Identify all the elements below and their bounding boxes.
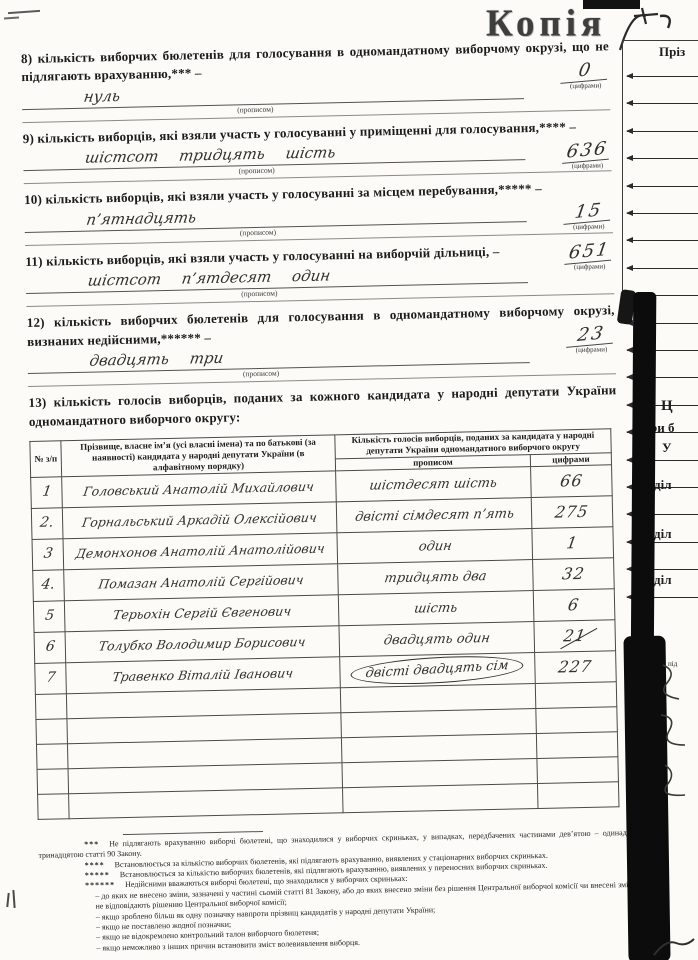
- circled-value-annotation: двісті двадцять сім: [350, 652, 524, 688]
- votes-words: шістдесят шість: [369, 476, 499, 494]
- margin-row-line: [627, 103, 698, 104]
- row-number: 2.: [39, 515, 55, 531]
- margin-fragment: Ц: [661, 398, 673, 415]
- candidate-name: Головський Анатолій Михайлович: [83, 480, 315, 498]
- item-11-digits-box: 651 (цифрами): [552, 240, 627, 272]
- item-10-words: п’ятнадцять: [85, 208, 197, 228]
- candidate-name: Толубко Володимир Борисович: [98, 635, 307, 653]
- ink-marks: [655, 655, 697, 805]
- item-12-words: двадцять три: [88, 349, 224, 370]
- candidate-name: Терьохін Сергій Євгенович: [112, 604, 292, 621]
- item-11-words: шістсот п’ятдесят один: [86, 267, 331, 290]
- margin-row-line: [627, 131, 698, 132]
- item-12-digits-box: 23 (цифрами): [554, 323, 629, 355]
- margin-fragment: Пріз: [659, 44, 685, 60]
- votes-digits: 32: [561, 564, 586, 584]
- form-item-8: 8) кількість виборчих бюлетенів для голо…: [21, 37, 610, 123]
- row-number: 7: [45, 670, 56, 686]
- margin-row-line: [627, 240, 698, 241]
- margin-fragment: діл: [654, 572, 671, 588]
- votes-digits: 1: [566, 533, 580, 552]
- form-item-12: 12) кількість виборчих бюлетенів для гол…: [27, 301, 616, 387]
- row-number: 5: [44, 608, 55, 624]
- candidates-votes-table: № з/п Прізвище, власне ім’я (усі власні …: [29, 428, 619, 819]
- votes-words: один: [417, 539, 452, 555]
- row-number: 4.: [41, 577, 57, 593]
- item-9-digits-box: 636 (цифрами): [550, 139, 625, 171]
- votes-digits: 66: [559, 471, 584, 491]
- item-10-digits-box: 15 (цифрами): [551, 200, 626, 232]
- item-8-digits: 0: [560, 58, 610, 84]
- votes-words: двісті сімдесят п’ять: [354, 506, 515, 525]
- margin-fragment: діл: [654, 526, 671, 542]
- votes-digits: 21: [562, 626, 587, 646]
- votes-digits: 275: [554, 502, 590, 522]
- candidate-name: Демонхонов Анатолій Анатолійович: [75, 541, 326, 560]
- item-8-digits-box: 0 (цифрами): [548, 59, 623, 91]
- footnote-separator: [123, 831, 263, 835]
- item-10-digits: 15: [563, 199, 613, 225]
- form-sheet: 8) кількість виборчих бюлетенів для голо…: [0, 0, 690, 956]
- item-9-words: шістсот тридцять шість: [84, 144, 337, 168]
- margin-fragment: У: [662, 440, 672, 456]
- item-9-digits: 636: [562, 138, 612, 164]
- item-8-words: нуль: [82, 87, 121, 106]
- candidate-name: Помазан Анатолій Сергійович: [97, 573, 304, 591]
- margin-row-line: [627, 158, 698, 159]
- candidate-name: Горнальський Аркадій Олексійович: [81, 510, 318, 528]
- margin-row-line: [627, 76, 698, 77]
- item-12-digits: 23: [566, 322, 616, 348]
- col-header-candidate: Прізвище, власне ім’я (усі власні імена)…: [61, 435, 336, 477]
- votes-words: двадцять один: [383, 631, 491, 648]
- form-item-11: 11) кількість виборців, які взяли участь…: [25, 240, 614, 307]
- item-11-digits: 651: [564, 238, 614, 264]
- margin-row-line: [627, 186, 698, 187]
- votes-words: двісті двадцять сім: [365, 658, 510, 681]
- form-item-13-text: 13) кількість голосів виборців, поданих …: [28, 381, 617, 431]
- row-number: 6: [44, 639, 55, 655]
- votes-digits: 6: [567, 595, 581, 614]
- row-number: 3: [42, 546, 53, 562]
- votes-digits: 227: [557, 657, 593, 677]
- ink-marks: [650, 935, 698, 960]
- footnotes-block: ***Не підлягають врахуванню виборчі бюле…: [38, 827, 652, 955]
- scanned-protocol-page: Копія 8) кількість виборчих бюлетенів дл…: [0, 0, 698, 960]
- margin-row-line: [627, 213, 698, 214]
- col-header-number: № з/п: [30, 441, 62, 477]
- margin-row-line: [627, 268, 698, 269]
- form-item-10: 10) кількість виборців, які взяли участь…: [24, 179, 613, 246]
- margin-fragment: діл: [654, 477, 671, 493]
- votes-words: тридцять два: [383, 569, 487, 586]
- adjacent-page-top-border: [622, 40, 698, 41]
- row-number: 1: [41, 484, 52, 500]
- adjacent-page-left-border: [622, 40, 623, 298]
- votes-words: шість: [413, 601, 458, 617]
- candidate-name: Травенко Віталій Іванович: [112, 666, 295, 683]
- form-item-9: 9) кількість виборців, які взяли участь …: [23, 117, 612, 184]
